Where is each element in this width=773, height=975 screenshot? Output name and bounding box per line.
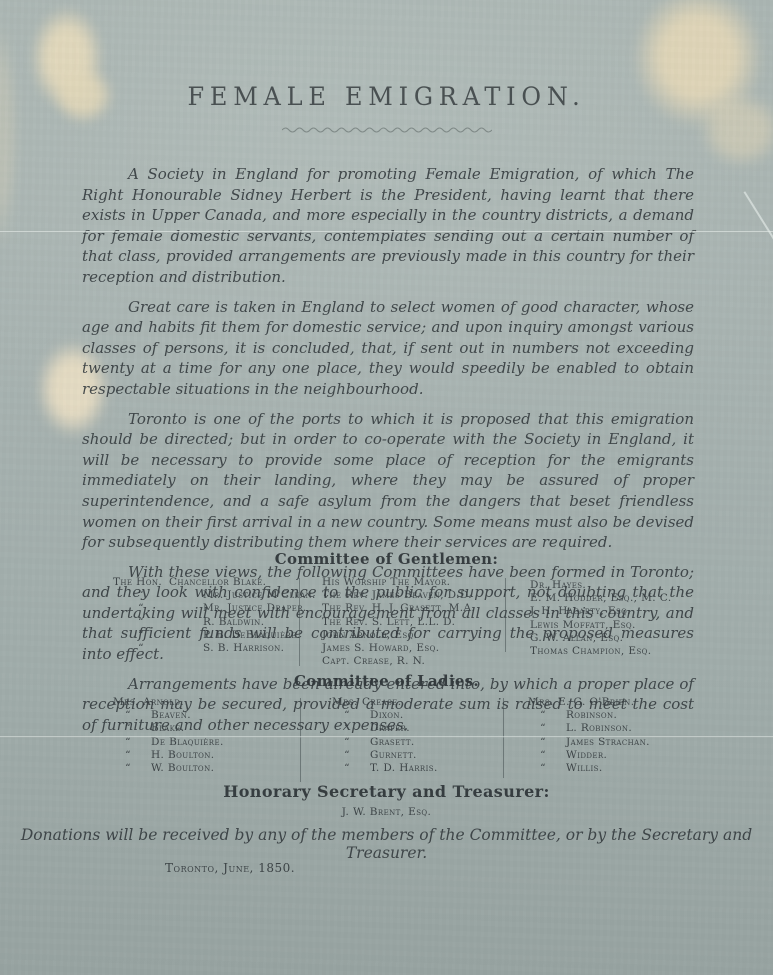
ditto-mark: “: [113, 616, 169, 629]
ditto-mark: “: [332, 749, 362, 762]
ladies-committee-heading: Committee of Ladies.: [0, 672, 773, 690]
member-row: Mrs.Crease.: [332, 696, 438, 709]
member-row: “Beaven.: [113, 709, 224, 722]
member-row: “Mr. Justice M'Clean.: [113, 589, 316, 602]
paragraph-selection: Great care is taken in England to select…: [82, 297, 694, 400]
member-row: “Robinson.: [528, 709, 650, 722]
member-name: The Rev. James Beaven, D.D.: [322, 589, 475, 602]
member-name: G. W. Allan, Esq.: [530, 632, 672, 645]
gentlemen-column-3: Dr. Hayes. E. M. Hodder, Esq., M. C. J. …: [530, 579, 672, 658]
member-name: His Worship The Mayor.: [322, 576, 475, 589]
ditto-mark: “: [113, 762, 143, 775]
gentlemen-column-1: The Hon.Chancellor Blake. “Mr. Justice M…: [113, 576, 316, 655]
ditto-mark: “: [528, 736, 558, 749]
member-name: R. Baldwin.: [203, 616, 264, 629]
member-prefix: Mrs.: [528, 696, 558, 709]
column-divider: [299, 578, 300, 666]
member-name: Capt. Crease, R. N.: [322, 655, 475, 668]
ditto-mark: “: [113, 722, 143, 735]
ditto-mark: “: [113, 642, 169, 655]
ditto-mark: “: [528, 749, 558, 762]
member-prefix: The Hon.: [113, 576, 169, 589]
title-divider-wavy-rule: [282, 126, 492, 134]
member-row: “Gurnett.: [332, 749, 438, 762]
member-row: The Hon.Chancellor Blake.: [113, 576, 316, 589]
member-name: James S. Howard, Esq.: [322, 642, 475, 655]
ladies-column-1: Mrs.Arnold. “Beaven. “Blake. “De Blaquiè…: [113, 696, 224, 775]
member-name: Dr. Hayes.: [530, 579, 672, 592]
ditto-mark: “: [332, 722, 362, 735]
ditto-mark: “: [113, 736, 143, 749]
member-row: “S. B. Harrison.: [113, 642, 316, 655]
member-row: “L. Robinson.: [528, 722, 650, 735]
column-divider: [300, 698, 301, 782]
member-row: “W. Boulton.: [113, 762, 224, 775]
member-prefix: Mrs.: [332, 696, 362, 709]
member-name: L. Robinson.: [566, 722, 632, 735]
member-row: Mrs.Arnold.: [113, 696, 224, 709]
paper-stain: [0, 20, 18, 250]
member-name: John Arnold, Esq.: [322, 629, 475, 642]
member-row: “Dixon.: [332, 709, 438, 722]
paragraph-society: A Society in England for promoting Femal…: [82, 164, 694, 288]
member-row: “Blake.: [113, 722, 224, 735]
ladies-column-3: Mrs.E. G. O'Brien. “Robinson. “L. Robins…: [528, 696, 650, 775]
ditto-mark: “: [332, 709, 362, 722]
member-name: Robinson.: [566, 709, 617, 722]
member-row: “T. D. Harris.: [332, 762, 438, 775]
member-name: Chancellor Blake.: [169, 576, 266, 589]
column-divider: [503, 698, 504, 778]
member-row: “Mr. Justice Draper.: [113, 602, 316, 615]
ditto-mark: “: [113, 709, 143, 722]
member-name: De Blaquière.: [151, 736, 224, 749]
member-name: Blake.: [151, 722, 185, 735]
member-prefix: Mrs.: [113, 696, 143, 709]
gentlemen-committee-heading: Committee of Gentlemen:: [0, 550, 773, 568]
member-name: H. Boulton.: [151, 749, 215, 762]
member-row: “Willis.: [528, 762, 650, 775]
fold-crease: [744, 191, 773, 302]
member-name: Lewis Moffatt, Esq.: [530, 619, 672, 632]
member-name: Crease.: [362, 696, 402, 709]
page-title: FEMALE EMIGRATION.: [15, 82, 757, 111]
member-row: “Widder.: [528, 749, 650, 762]
ladies-column-2: Mrs.Crease. “Dixon. “Draper. “Grasett. “…: [332, 696, 438, 775]
member-name: W. Boulton.: [151, 762, 214, 775]
member-name: Grasett.: [370, 736, 415, 749]
member-name: James Strachan.: [566, 736, 650, 749]
member-row: “R. Baldwin.: [113, 616, 316, 629]
member-name: E. M. Hodder, Esq., M. C.: [530, 592, 672, 605]
member-name: Willis.: [566, 762, 603, 775]
member-row: “Grasett.: [332, 736, 438, 749]
donations-note: Donations will be received by any of the…: [0, 826, 773, 862]
member-name: Widder.: [566, 749, 607, 762]
ditto-mark: “: [528, 722, 558, 735]
dateline: Toronto, June, 1850.: [165, 861, 295, 875]
ditto-mark: “: [332, 762, 362, 775]
member-name: T. D. Harris.: [370, 762, 438, 775]
ditto-mark: “: [332, 736, 362, 749]
member-name: P. B. DeBlaquière.: [203, 629, 300, 642]
column-divider: [505, 578, 506, 652]
member-row: “P. B. DeBlaquière.: [113, 629, 316, 642]
ditto-mark: “: [113, 629, 169, 642]
member-name: Thomas Champion, Esq.: [530, 645, 672, 658]
member-row: “James Strachan.: [528, 736, 650, 749]
secretary-heading: Honorary Secretary and Treasurer:: [0, 782, 773, 801]
broadside-document: FEMALE EMIGRATION. A Society in England …: [0, 0, 773, 975]
ditto-mark: “: [113, 602, 169, 615]
member-name: The Rev. H. J. Grasett, M.A.: [322, 602, 475, 615]
member-name: Dixon.: [370, 709, 404, 722]
member-name: Gurnett.: [370, 749, 417, 762]
member-name: E. G. O'Brien.: [558, 696, 634, 709]
member-row: “Draper.: [332, 722, 438, 735]
member-name: Beaven.: [151, 709, 191, 722]
gentlemen-column-2: His Worship The Mayor. The Rev. James Be…: [322, 576, 475, 668]
member-name: Draper.: [370, 722, 410, 735]
member-name: S. B. Harrison.: [203, 642, 284, 655]
member-name: Mr. Justice Draper.: [203, 602, 307, 615]
paragraph-toronto: Toronto is one of the ports to which it …: [82, 409, 694, 553]
member-row: Mrs.E. G. O'Brien.: [528, 696, 650, 709]
member-name: J. H. Hagarty, Esq.: [530, 605, 672, 618]
member-name: Arnold.: [143, 696, 184, 709]
member-row: “H. Boulton.: [113, 749, 224, 762]
secretary-name: J. W. Brent, Esq.: [0, 806, 773, 818]
ditto-mark: “: [113, 749, 143, 762]
member-row: “De Blaquière.: [113, 736, 224, 749]
ditto-mark: “: [528, 709, 558, 722]
ditto-mark: “: [528, 762, 558, 775]
ditto-mark: “: [113, 589, 169, 602]
member-name: The Rev. S. Lett, L.L. D.: [322, 616, 475, 629]
